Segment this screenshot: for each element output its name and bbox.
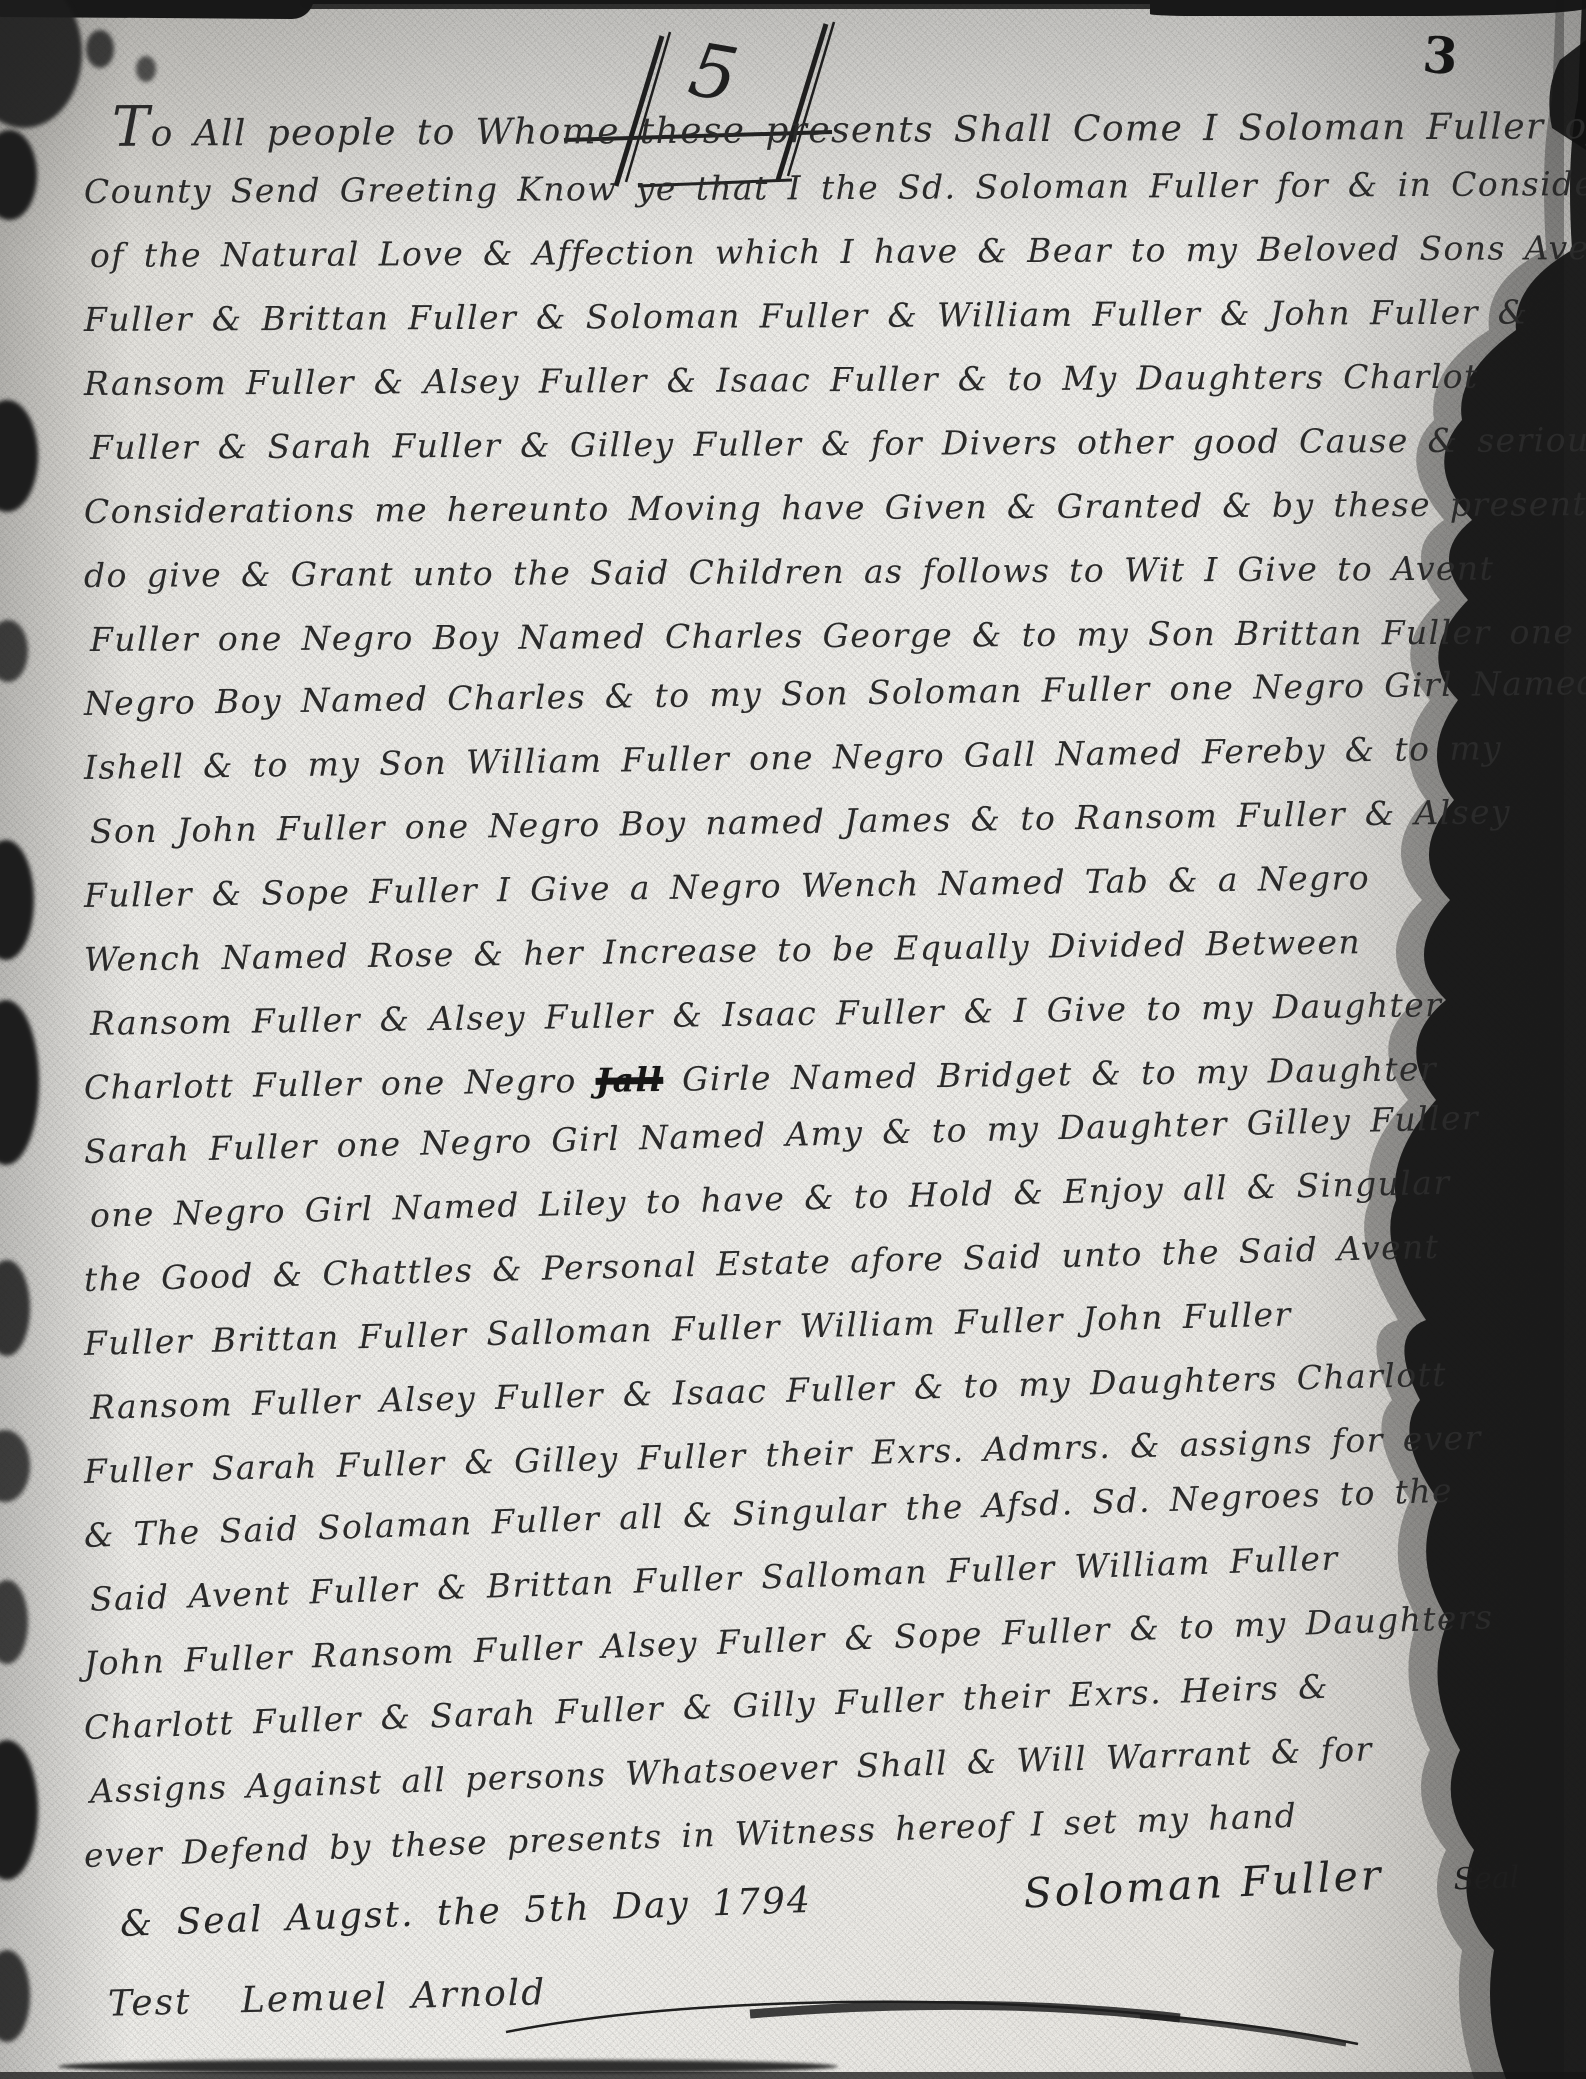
page-number: 3 [1421,25,1461,87]
manuscript-line: do give & Grant unto the Said Children a… [84,536,1564,608]
line-text: Ishell & to my Son William Fuller one Ne… [84,728,1503,787]
left-edge-stain [0,840,34,960]
left-edge-stain [0,0,82,128]
left-edge-stain [0,1580,28,1664]
struck-out-word: Jall [595,1060,663,1100]
left-edge-stain [0,1000,39,1165]
left-edge-stain [0,1430,30,1502]
left-edge-stain [0,1740,38,1880]
left-edge-stain [136,56,156,82]
torn-top-edge [0,0,1586,4]
manuscript-line: County Send Greeting Know ye that I the … [84,152,1564,224]
seal-mark: Seal [1453,1860,1520,1897]
line-text: Wench Named Rose & her Increase to be Eq… [84,922,1362,979]
witness-name: Lemuel Arnold [240,1972,546,2021]
manuscript-line: To All people to Whome these presents Sh… [84,88,1564,160]
deed-text: To All people to Whome these presents Sh… [84,96,1564,1888]
line-text: do give & Grant unto the Said Children a… [84,549,1494,595]
line-text: Considerations me hereunto Moving have G… [84,484,1586,531]
line-text: Fuller one Negro Boy Named Charles Georg… [90,612,1575,659]
manuscript-line: Fuller & Sarah Fuller & Gilley Fuller & … [84,408,1564,480]
manuscript-line: Ransom Fuller & Alsey Fuller & Isaac Ful… [84,344,1564,416]
line-text: Ransom Fuller & Alsey Fuller & Isaac Ful… [84,357,1479,403]
line-text: Fuller & Sarah Fuller & Gilley Fuller & … [90,420,1586,467]
left-edge-stain [0,620,28,682]
bottom-edge-line [0,2072,1586,2079]
manuscript-page: 5 3 To All people to Whome these present… [0,0,1586,2079]
line-text: County Send Greeting Know ye that I the … [84,164,1586,211]
left-edge-stain [86,30,114,68]
date-line: & Seal Augst. the 5th Day 1794 [119,1880,812,1945]
line-text: To All people to Whome these presents Sh… [112,105,1586,155]
line-text: of the Natural Love & Affection which I … [90,228,1586,275]
torn-top-edge-middle [300,0,1180,9]
left-edge-stain [0,1260,30,1356]
line-text: Negro Boy Named Charles & to my Son Solo… [84,663,1586,723]
line-text: Fuller & Brittan Fuller & Soloman Fuller… [84,292,1529,339]
manuscript-line: Considerations me hereunto Moving have G… [84,472,1564,544]
line-text: Ransom Fuller & Alsey Fuller & Isaac Ful… [90,985,1443,1043]
attestation-label: Test [108,1982,193,2025]
manuscript-line: Fuller & Brittan Fuller & Soloman Fuller… [84,280,1564,352]
pen-flourish [500,1988,1380,2058]
attestation-row: Test Lemuel Arnold [108,1972,547,2024]
left-edge-stain [0,130,37,220]
line-text: Charlott Fuller one Negro [84,1061,596,1107]
manuscript-line: of the Natural Love & Affection which I … [84,216,1564,288]
left-edge-stain [0,1950,30,2042]
left-edge-stain [0,400,38,512]
line-text: Fuller & Sope Fuller I Give a Negro Wenc… [84,858,1370,915]
torn-top-edge-left [0,0,314,19]
line-text: Son John Fuller one Negro Boy named Jame… [90,792,1512,851]
bottom-edge-stain [58,2060,838,2073]
torn-top-edge-right [1150,0,1586,16]
